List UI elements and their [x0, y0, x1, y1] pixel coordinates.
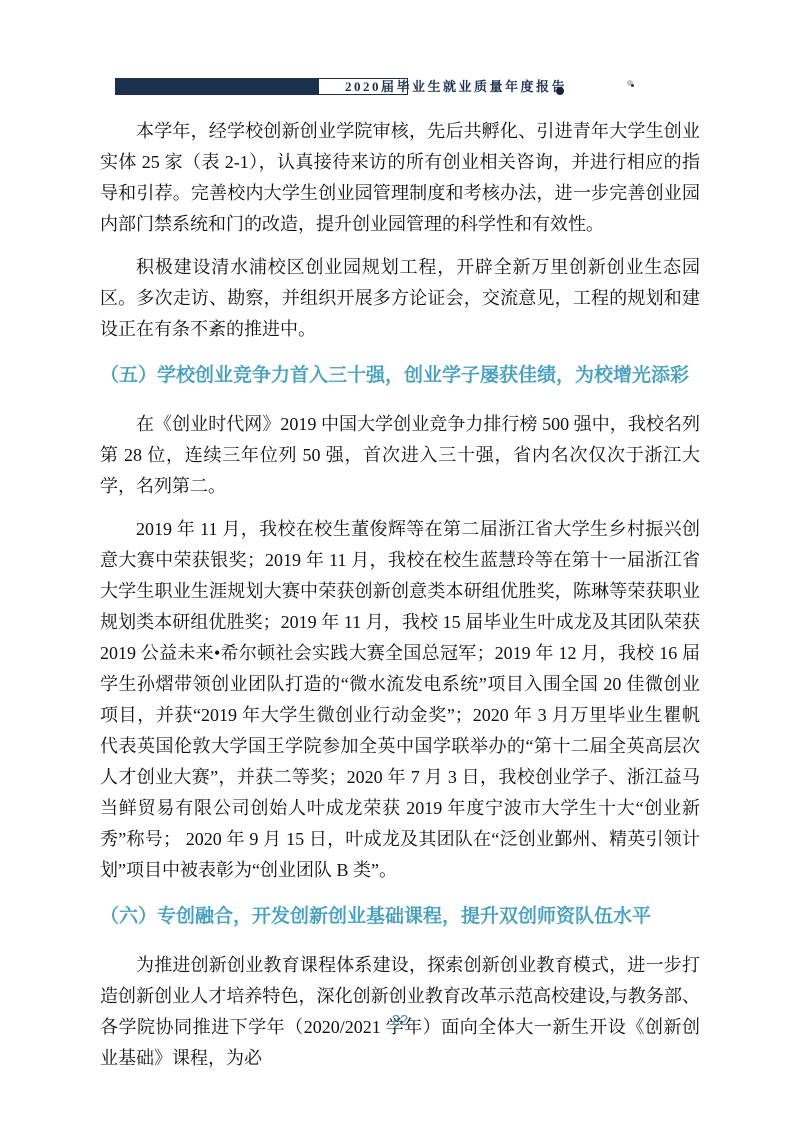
header-dot-icon — [556, 87, 564, 95]
paragraph-ranking: 在《创业时代网》2019 中国大学创业竞争力排行榜 500 强中，我校名列第 2… — [100, 409, 700, 502]
header-title: 2020届毕业生就业质量年度报告 — [345, 77, 567, 96]
header-navy-bar — [115, 78, 318, 95]
paragraph-park-construction: 积极建设清水浦校区创业园规划工程，开辟全新万里创新创业生态园区。多次走访、勘察，… — [100, 252, 700, 345]
paragraph-incubation: 本学年，经学校创新创业学院审核，先后共孵化、引进青年大学生创业实体 25 家（表… — [100, 116, 700, 240]
paragraph-awards: 2019 年 11 月，我校在校生董俊辉等在第二届浙江省大学生乡村振兴创意大赛中… — [100, 514, 700, 886]
section-heading-5: （五）学校创业竞争力首入三十强，创业学子屡获佳绩，为校增光添彩 — [100, 361, 700, 391]
page-number: 22 — [392, 1012, 409, 1029]
page-footer: 22 — [0, 1012, 800, 1030]
report-page: 2020届毕业生就业质量年度报告 本学年，经学校创新创业学院审核，先后共孵化、引… — [0, 0, 800, 1131]
header-mark-icon — [627, 80, 633, 86]
page-header: 2020届毕业生就业质量年度报告 — [0, 0, 800, 110]
section-heading-6: （六）专创融合，开发创新创业基础课程，提升双创师资队伍水平 — [100, 902, 700, 932]
document-body: 本学年，经学校创新创业学院审核，先后共孵化、引进青年大学生创业实体 25 家（表… — [100, 116, 700, 1086]
